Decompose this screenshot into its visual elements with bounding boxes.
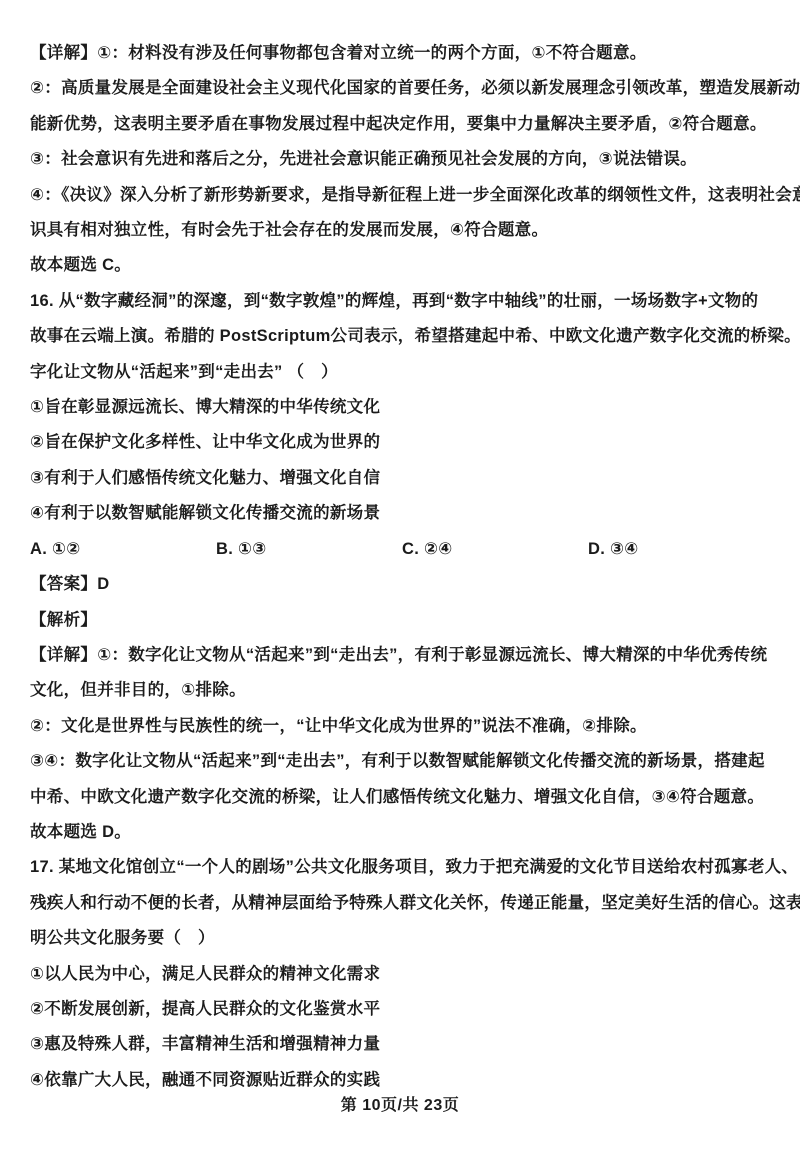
explanation-line: 【详解】①：数字化让文物从“活起来”到“走出去”，有利于彰显源远流长、博大精深的… xyxy=(30,638,776,673)
answer-label-q16: 【答案】D xyxy=(30,567,776,602)
question-17-statement-3: ③惠及特殊人群，丰富精神生活和增强精神力量 xyxy=(30,1027,776,1062)
question-17-stem: 17. 某地文化馆创立“一个人的剧场”公共文化服务项目，致力于把充满爱的文化节目… xyxy=(30,850,776,885)
question-17-stem: 残疾人和行动不便的长者，从精神层面给予特殊人群文化关怀，传递正能量，坚定美好生活… xyxy=(30,886,776,921)
answer-conclusion-q15: 故本题选 C。 xyxy=(30,248,776,283)
option-d: D. ③④ xyxy=(588,532,639,567)
answer-conclusion-q16: 故本题选 D。 xyxy=(30,815,776,850)
explanation-line: 中希、中欧文化遗产数字化交流的桥梁，让人们感悟传统文化魅力、增强文化自信，③④符… xyxy=(30,780,776,815)
question-16-options-row: A. ①② B. ①③ C. ②④ D. ③④ xyxy=(30,532,776,567)
explanation-line: ③：社会意识有先进和落后之分，先进社会意识能正确预见社会发展的方向，③说法错误。 xyxy=(30,142,776,177)
question-16-stem: 故事在云端上演。希腊的 PostScriptum公司表示，希望搭建起中希、中欧文… xyxy=(30,319,776,354)
question-16-stem: 16. 从“数字藏经洞”的深邃，到“数字敦煌”的辉煌，再到“数字中轴线”的壮丽，… xyxy=(30,284,776,319)
explanation-line: ③④：数字化让文物从“活起来”到“走出去”，有利于以数智赋能解锁文化传播交流的新… xyxy=(30,744,776,779)
question-16-statement-1: ①旨在彰显源远流长、博大精深的中华传统文化 xyxy=(30,390,776,425)
explanation-line: ④：《决议》深入分析了新形势新要求，是指导新征程上进一步全面深化改革的纲领性文件… xyxy=(30,178,776,213)
explanation-line: ②：文化是世界性与民族性的统一，“让中华文化成为世界的”说法不准确，②排除。 xyxy=(30,709,776,744)
exam-document-page: 【详解】①：材料没有涉及任何事物都包含着对立统一的两个方面，①不符合题意。 ②：… xyxy=(0,0,800,1175)
explanation-line: 识具有相对独立性，有时会先于社会存在的发展而发展，④符合题意。 xyxy=(30,213,776,248)
explanation-line: ②：高质量发展是全面建设社会主义现代化国家的首要任务，必须以新发展理念引领改革，… xyxy=(30,71,776,106)
explanation-line: 能新优势，这表明主要矛盾在事物发展过程中起决定作用，要集中力量解决主要矛盾，②符… xyxy=(30,107,776,142)
question-16-statement-2: ②旨在保护文化多样性、让中华文化成为世界的 xyxy=(30,425,776,460)
option-a: A. ①② xyxy=(30,532,216,567)
explanation-line: 【详解】①：材料没有涉及任何事物都包含着对立统一的两个方面，①不符合题意。 xyxy=(30,36,776,71)
explanation-line: 文化，但并非目的，①排除。 xyxy=(30,673,776,708)
question-16-statement-3: ③有利于人们感悟传统文化魅力、增强文化自信 xyxy=(30,461,776,496)
page-number-footer: 第 10页/共 23页 xyxy=(0,1092,800,1115)
question-16-statement-4: ④有利于以数智赋能解锁文化传播交流的新场景 xyxy=(30,496,776,531)
question-16-stem: 字化让文物从“活起来”到“走出去” （ ） xyxy=(30,355,776,390)
option-b: B. ①③ xyxy=(216,532,402,567)
question-17-stem: 明公共文化服务要（ ） xyxy=(30,921,776,956)
option-c: C. ②④ xyxy=(402,532,588,567)
page-content: 【详解】①：材料没有涉及任何事物都包含着对立统一的两个方面，①不符合题意。 ②：… xyxy=(0,0,800,1098)
question-17-statement-1: ①以人民为中心，满足人民群众的精神文化需求 xyxy=(30,957,776,992)
question-17-statement-2: ②不断发展创新，提高人民群众的文化鉴赏水平 xyxy=(30,992,776,1027)
analysis-label-q16: 【解析】 xyxy=(30,603,776,638)
